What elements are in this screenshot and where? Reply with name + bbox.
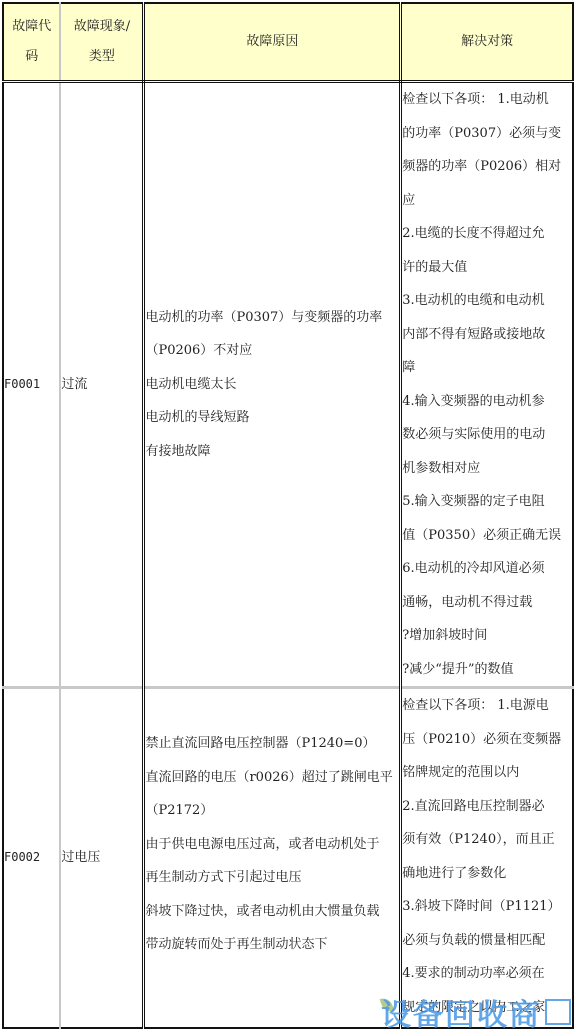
solution-line: 2.电缆的长度不得超过允	[402, 217, 572, 251]
solution-line: 5.输入变频器的定子电阻	[402, 485, 572, 519]
solution-line: 4.输入变频器的电动机参	[402, 385, 572, 419]
header-text: 故障代	[4, 12, 59, 42]
fault-symptom-cell: 过电压	[60, 688, 144, 1028]
cause-line: 电动机电缆太长	[145, 368, 399, 402]
header-text: 故障原因	[145, 27, 399, 57]
solution-line: 2.直流回路电压控制器必	[402, 790, 572, 824]
fault-code-cell: F0002	[3, 688, 60, 1028]
cause-line: 斜坡下降过快，或者电动机由大惯量负载	[145, 895, 399, 929]
solution-line: 障	[402, 351, 572, 385]
solution-line: 应	[402, 184, 572, 218]
fault-cause-cell: 禁止直流回路电压控制器（P1240=0） 直流回路的电压（r0026）超过了跳闸…	[144, 688, 401, 1028]
header-text: 解决对策	[402, 27, 572, 57]
cause-line: （P0206）不对应	[145, 334, 399, 368]
header-fault-symptom: 故障现象/ 类型	[60, 3, 144, 82]
cause-line: 电动机的导线短路	[145, 401, 399, 435]
solution-line: 检查以下各项： 1.电动机	[402, 83, 572, 117]
table-row: F0001 过流 电动机的功率（P0307）与变频器的功率 （P0206）不对应…	[3, 82, 573, 688]
watermark-text: 设备回收商	[381, 990, 541, 1029]
header-solution: 解决对策	[401, 3, 573, 82]
header-fault-code: 故障代 码	[3, 3, 60, 82]
header-text: 码	[4, 42, 59, 72]
header-text: 类型	[61, 42, 142, 72]
solution-cell: 检查以下各项： 1.电动机 的功率（P0307）必须与变 频器的功率（P0206…	[401, 82, 573, 688]
cause-line: 再生制动方式下引起过电压	[145, 861, 399, 895]
solution-line: 须有效（P1240），而且正	[402, 823, 572, 857]
watermark: 设备回收商	[381, 995, 571, 1029]
solution-line: 通畅，电动机不得过载	[402, 586, 572, 620]
solution-line: ?增加斜坡时间	[402, 619, 572, 653]
solution-line: 6.电动机的冷却风道必须	[402, 552, 572, 586]
solution-line: 3.斜坡下降时间（P1121）	[402, 890, 572, 924]
solution-line: 铭牌规定的范围以内	[402, 756, 572, 790]
cause-line: 直流回路的电压（r0026）超过了跳闸电平	[145, 761, 399, 795]
fault-code-cell: F0001	[3, 82, 60, 688]
solution-line: 确地进行了参数化	[402, 857, 572, 891]
cause-line: 带动旋转而处于再生制动状态下	[145, 928, 399, 962]
cause-line: 由于供电电源电压过高，或者电动机处于	[145, 828, 399, 862]
solution-line: 值（P0350）必须正确无误	[402, 519, 572, 553]
fault-cause-cell: 电动机的功率（P0307）与变频器的功率 （P0206）不对应 电动机电缆太长 …	[144, 82, 401, 688]
solution-line: 内部不得有短路或接地故	[402, 318, 572, 352]
solution-line: 的功率（P0307）必须与变	[402, 117, 572, 151]
table-row: F0002 过电压 禁止直流回路电压控制器（P1240=0） 直流回路的电压（r…	[3, 688, 573, 1028]
table-header-row: 故障代 码 故障现象/ 类型 故障原因 解决对策	[3, 3, 573, 82]
solution-line: 4.要求的制动功率必须在	[402, 957, 572, 991]
header-fault-cause: 故障原因	[144, 3, 401, 82]
fault-symptom-cell: 过流	[60, 82, 144, 688]
solution-line: 3.电动机的电缆和电动机	[402, 284, 572, 318]
header-text: 故障现象/	[61, 12, 142, 42]
solution-line: 检查以下各项： 1.电源电	[402, 689, 572, 723]
cause-line: （P2172）	[145, 794, 399, 828]
solution-line: 必须与负载的惯量相匹配	[402, 924, 572, 958]
solution-line: ?减少“提升”的数值	[402, 653, 572, 687]
watermark-chart-icon	[545, 999, 571, 1025]
cause-line: 有接地故障	[145, 435, 399, 469]
cause-line: 禁止直流回路电压控制器（P1240=0）	[145, 727, 399, 761]
solution-line: 许的最大值	[402, 251, 572, 285]
solution-line: 机参数相对应	[402, 452, 572, 486]
solution-line: 频器的功率（P0206）相对	[402, 150, 572, 184]
solution-line: 压（P0210）必须在变频器	[402, 723, 572, 757]
solution-line: 数必须与实际使用的电动	[402, 418, 572, 452]
cause-line: 电动机的功率（P0307）与变频器的功率	[145, 301, 399, 335]
fault-code-table: 故障代 码 故障现象/ 类型 故障原因 解决对策 F0001 过流 电动机的功率…	[2, 2, 574, 1029]
solution-cell: 检查以下各项： 1.电源电 压（P0210）必须在变频器 铭牌规定的范围以内 2…	[401, 688, 573, 1028]
